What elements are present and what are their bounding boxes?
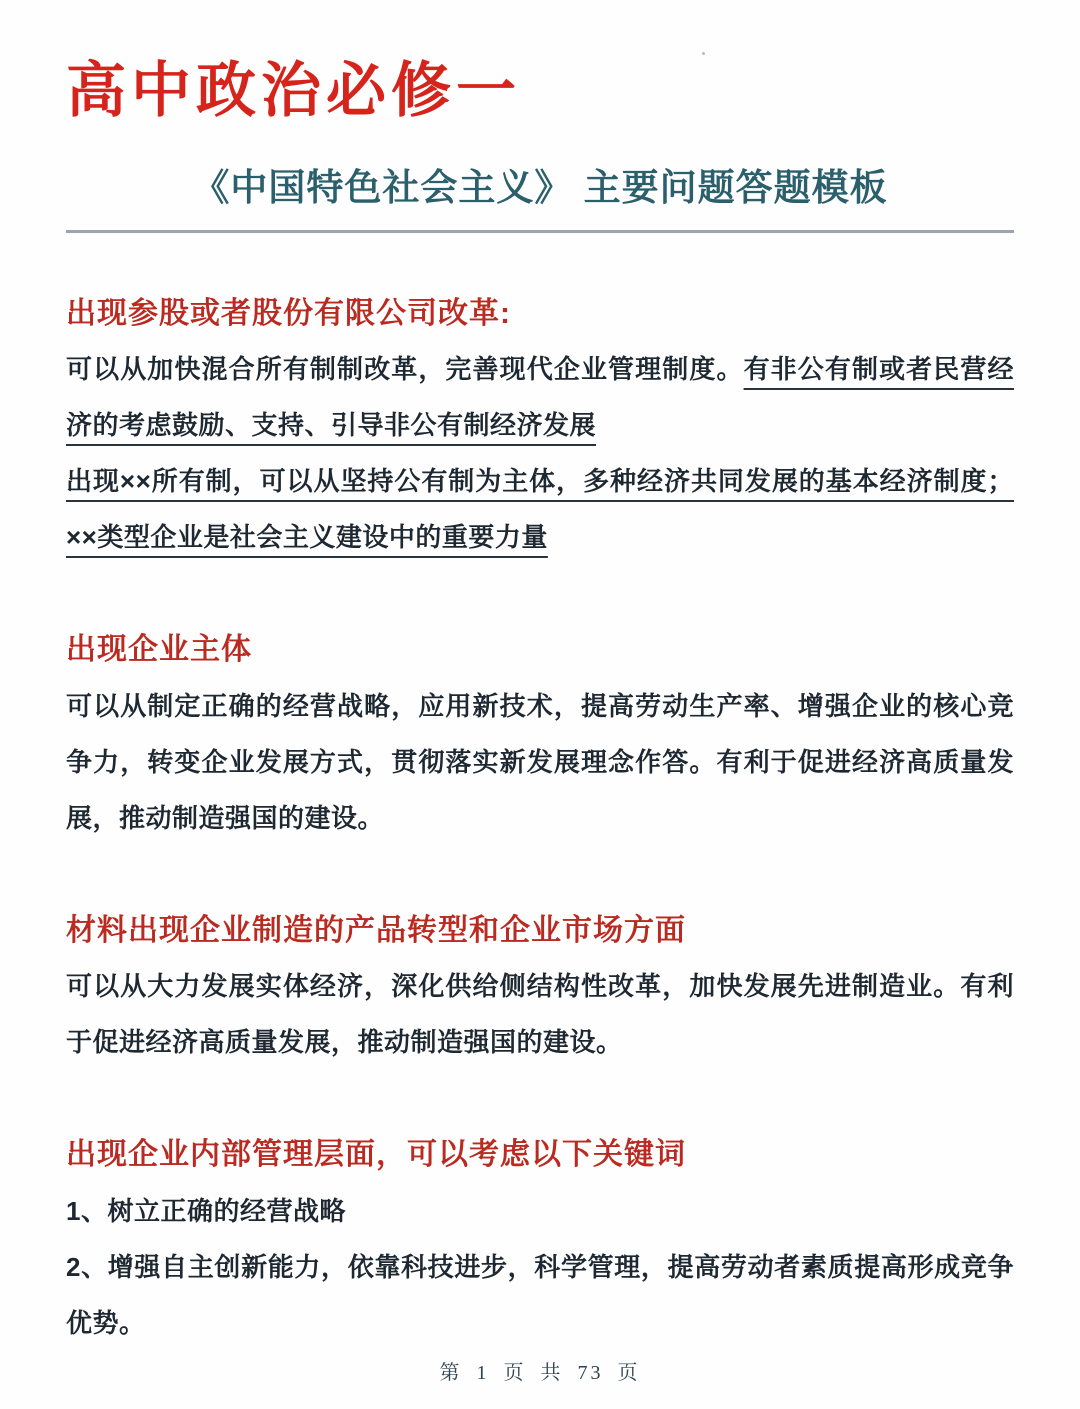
page-title: 高中政治必修一	[66, 56, 1014, 125]
section-4: 出现企业内部管理层面，可以考虑以下关键词1、树立正确的经营战略2、增强自主创新能…	[66, 1138, 1014, 1351]
section-body: 可以从加快混合所有制制改革，完善现代企业管理制度。有非公有制或者民营经济的考虑鼓…	[66, 341, 1014, 565]
section-heading: 出现企业内部管理层面，可以考虑以下关键词	[66, 1138, 1014, 1173]
body-text: 可以从制定正确的经营战略，应用新技术，提高劳动生产率、增强企业的核心竞争力，转变…	[66, 691, 1014, 833]
document-page: 高中政治必修一 《中国特色社会主义》 主要问题答题模板 出现参股或者股份有限公司…	[0, 0, 1080, 1409]
section-heading: 出现参股或者股份有限公司改革:	[66, 297, 1014, 332]
page-number: 第 1 页 共 73 页	[0, 1356, 1080, 1385]
title-divider	[66, 230, 1014, 233]
section-body: 可以从制定正确的经营战略，应用新技术，提高劳动生产率、增强企业的核心竞争力，转变…	[66, 678, 1014, 846]
page-subtitle: 《中国特色社会主义》 主要问题答题模板	[66, 169, 1014, 208]
section-3: 材料出现企业制造的产品转型和企业市场方面可以从大力发展实体经济，深化供给侧结构性…	[66, 914, 1014, 1071]
section-body: 可以从大力发展实体经济，深化供给侧结构性改革，加快发展先进制造业。有利于促进经济…	[66, 958, 1014, 1070]
underlined-text: 出现××所有制，可以从坚持公有制为主体，多种经济共同发展的基本经济制度；××类型…	[66, 466, 1014, 552]
section-heading: 出现企业主体	[66, 633, 1014, 668]
section-heading: 材料出现企业制造的产品转型和企业市场方面	[66, 914, 1014, 949]
body-text: 1、树立正确的经营战略	[66, 1196, 346, 1226]
body-text: 可以从大力发展实体经济，深化供给侧结构性改革，加快发展先进制造业。有利于促进经济…	[66, 971, 1014, 1057]
body-text: 2、增强自主创新能力，依靠科技进步，科学管理，提高劳动者素质提高形成竞争优势。	[66, 1252, 1014, 1338]
photo-speck	[702, 52, 705, 55]
body-text: 可以从加快混合所有制制改革，完善现代企业管理制度。	[66, 354, 744, 384]
section-1: 出现参股或者股份有限公司改革:可以从加快混合所有制制改革，完善现代企业管理制度。…	[66, 297, 1014, 566]
section-2: 出现企业主体可以从制定正确的经营战略，应用新技术，提高劳动生产率、增强企业的核心…	[66, 633, 1014, 846]
sections-container: 出现参股或者股份有限公司改革:可以从加快混合所有制制改革，完善现代企业管理制度。…	[66, 297, 1014, 1351]
section-body: 1、树立正确的经营战略2、增强自主创新能力，依靠科技进步，科学管理，提高劳动者素…	[66, 1183, 1014, 1351]
